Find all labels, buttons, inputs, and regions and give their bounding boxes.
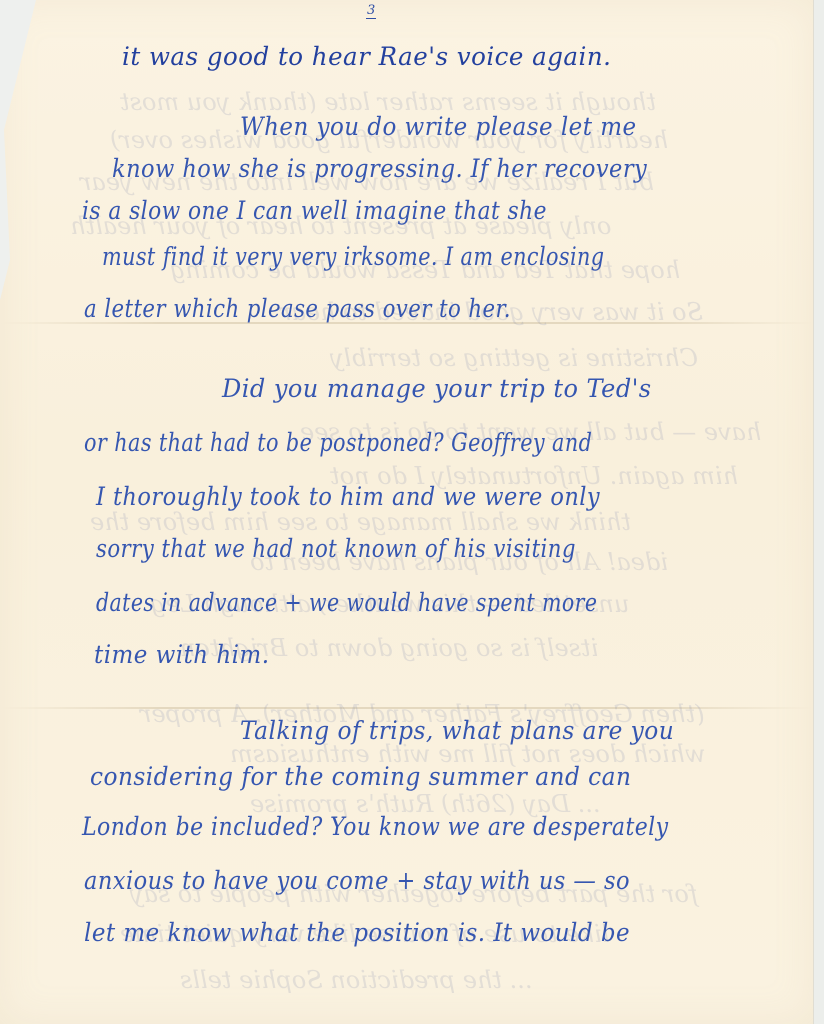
letter-line: or has that had to be postponed? Geoffre… bbox=[84, 428, 592, 457]
bleed-through-text: Christine is getting so terribly bbox=[330, 344, 698, 372]
letter-line: London be included? You know we are desp… bbox=[82, 812, 669, 841]
letter-line: considering for the coming summer and ca… bbox=[90, 762, 631, 791]
bleed-through-text: ... the prediction Sophie tells bbox=[180, 966, 533, 994]
letter-line: Did you manage your trip to Ted's bbox=[222, 374, 652, 403]
bleed-through-text: think we shall manage to see him before … bbox=[90, 508, 631, 536]
letter-line: it was good to hear Rae's voice again. bbox=[122, 42, 611, 71]
page-number: 3 bbox=[366, 4, 376, 19]
letter-line: time with him. bbox=[94, 640, 269, 669]
letter-line: know how she is progressing. If her reco… bbox=[112, 154, 647, 183]
letter-line: sorry that we had not known of his visit… bbox=[96, 534, 576, 563]
letter-line: When you do write please let me bbox=[240, 112, 637, 141]
letter-line: let me know what the position is. It wou… bbox=[84, 918, 630, 947]
letter-line: a letter which please pass over to her. bbox=[84, 294, 511, 323]
letter-line: dates in advance + we would have spent m… bbox=[96, 588, 597, 617]
letter-line: I thoroughly took to him and we were onl… bbox=[96, 482, 600, 511]
letter-line: anxious to have you come + stay with us … bbox=[84, 866, 630, 895]
letter-line: must find it very very irksome. I am enc… bbox=[102, 242, 605, 271]
scan-right-margin bbox=[813, 0, 824, 1024]
letter-line: Talking of trips, what plans are you bbox=[240, 716, 674, 745]
letter-line: is a slow one I can well imagine that sh… bbox=[82, 196, 547, 225]
